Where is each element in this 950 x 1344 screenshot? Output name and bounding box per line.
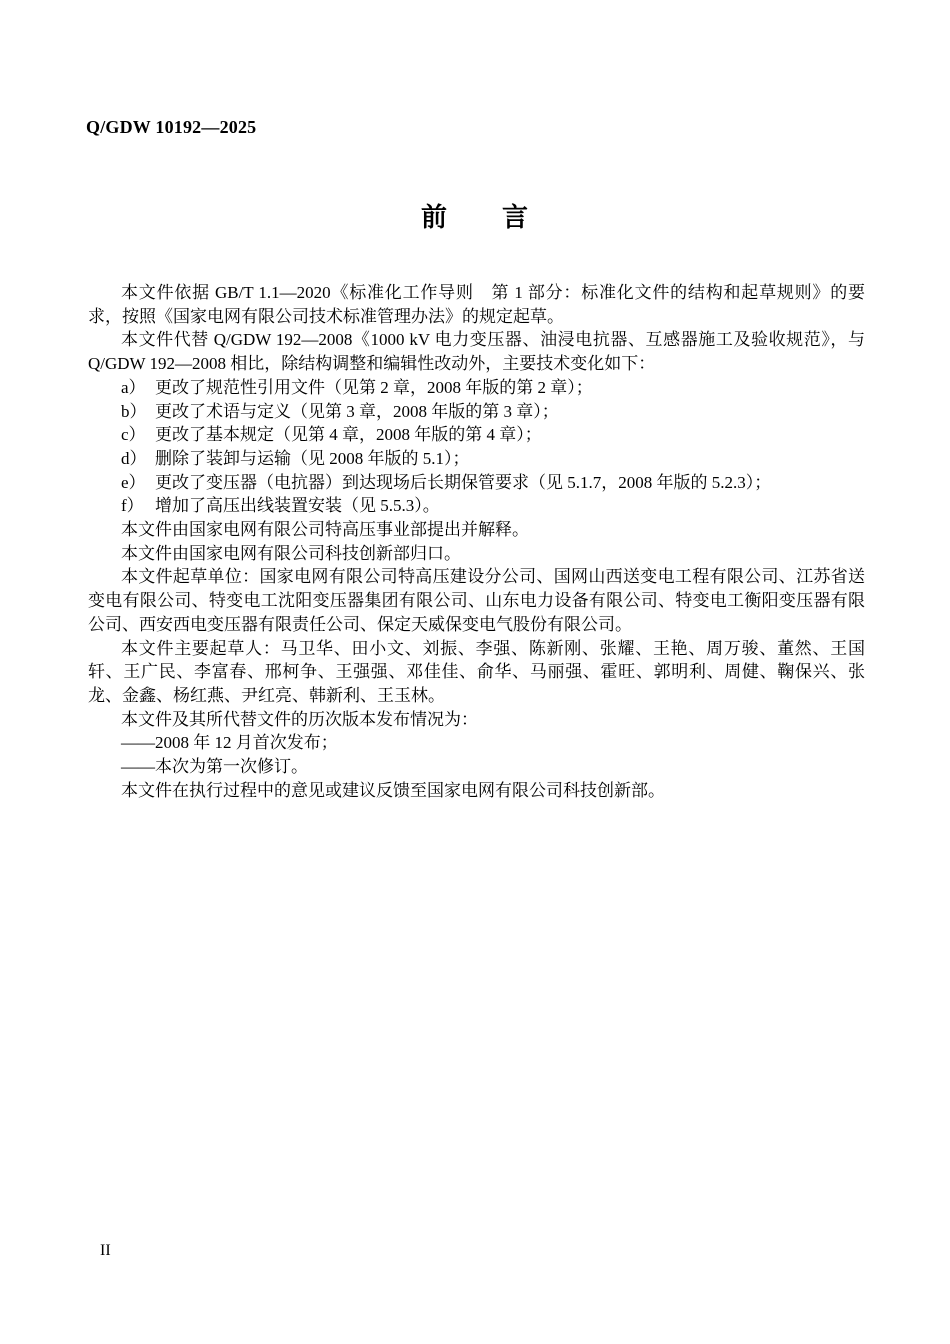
paragraph: 本文件主要起草人：马卫华、田小文、刘振、李强、陈新刚、张耀、王艳、周万骏、董然、…: [88, 637, 865, 708]
document-body: 本文件依据 GB/T 1.1—2020《标准化工作导则 第 1 部分：标准化文件…: [88, 281, 865, 802]
list-item: c）更改了基本规定（见第 4 章，2008 年版的第 4 章）；: [88, 423, 865, 447]
list-item-text: 更改了规范性引用文件（见第 2 章，2008 年版的第 2 章）；: [155, 378, 593, 397]
list-item: b）更改了术语与定义（见第 3 章，2008 年版的第 3 章）；: [88, 400, 865, 424]
list-item: d）删除了装卸与运输（见 2008 年版的 5.1）；: [88, 447, 865, 471]
list-marker: f）: [121, 494, 144, 518]
list-item-text: 更改了术语与定义（见第 3 章，2008 年版的第 3 章）；: [155, 402, 559, 421]
list-item: a）更改了规范性引用文件（见第 2 章，2008 年版的第 2 章）；: [88, 376, 865, 400]
paragraph: 本文件依据 GB/T 1.1—2020《标准化工作导则 第 1 部分：标准化文件…: [88, 281, 865, 328]
list-marker: b）: [121, 400, 147, 424]
list-item-text: 增加了高压出线装置安装（见 5.5.3）。: [155, 496, 440, 515]
list-marker: e）: [121, 471, 146, 495]
paragraph: 本文件及其所代替文件的历次版本发布情况为：: [88, 708, 865, 732]
list-item-text: 更改了基本规定（见第 4 章，2008 年版的第 4 章）；: [155, 425, 542, 444]
list-item: f）增加了高压出线装置安装（见 5.5.3）。: [88, 494, 865, 518]
list-marker: c）: [121, 423, 146, 447]
dash-item: ——2008 年 12 月首次发布；: [88, 731, 865, 755]
paragraph: 本文件在执行过程中的意见或建议反馈至国家电网有限公司科技创新部。: [88, 779, 865, 803]
document-page: Q/GDW 10192—2025 前 言 本文件依据 GB/T 1.1—2020…: [0, 0, 950, 1344]
paragraph: 本文件起草单位：国家电网有限公司特高压建设分公司、国网山西送变电工程有限公司、江…: [88, 565, 865, 636]
page-number: II: [100, 1242, 111, 1260]
list-marker: a）: [121, 376, 146, 400]
list-item: e）更改了变压器（电抗器）到达现场后长期保管要求（见 5.1.7，2008 年版…: [88, 471, 865, 495]
list-item-text: 删除了装卸与运输（见 2008 年版的 5.1）；: [155, 449, 470, 468]
paragraph: 本文件代替 Q/GDW 192—2008《1000 kV 电力变压器、油浸电抗器…: [88, 328, 865, 375]
paragraph: 本文件由国家电网有限公司科技创新部归口。: [88, 542, 865, 566]
list-marker: d）: [121, 447, 147, 471]
list-item-text: 更改了变压器（电抗器）到达现场后长期保管要求（见 5.1.7，2008 年版的 …: [155, 473, 771, 492]
dash-item: ——本次为第一次修订。: [88, 755, 865, 779]
standard-number-header: Q/GDW 10192—2025: [86, 117, 256, 138]
paragraph: 本文件由国家电网有限公司特高压事业部提出并解释。: [88, 518, 865, 542]
page-title: 前 言: [0, 200, 950, 234]
